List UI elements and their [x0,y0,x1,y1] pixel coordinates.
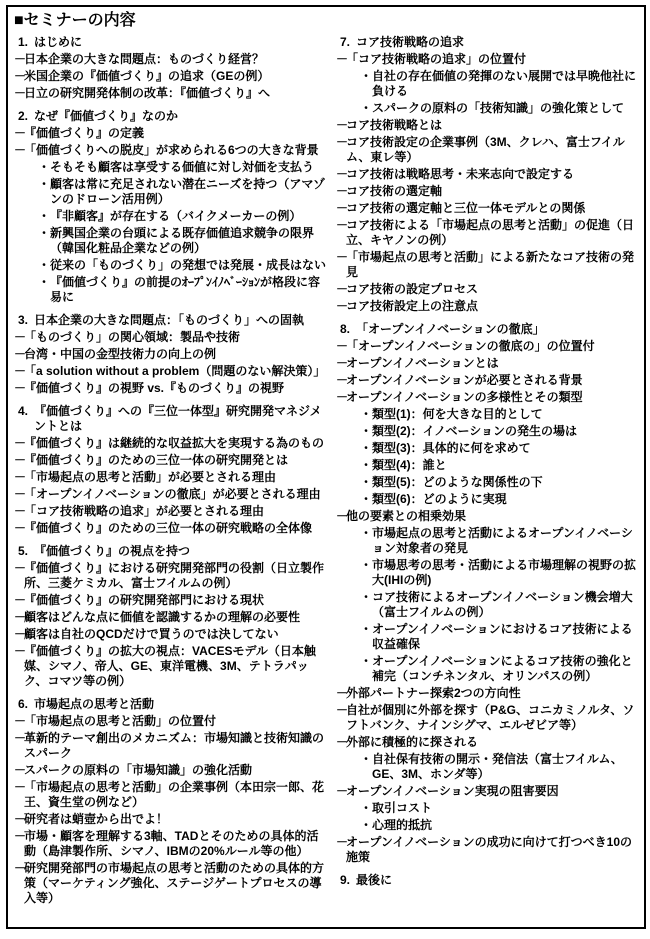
section-title: 『価値づくり』の視点を持つ [34,544,330,559]
dash-marker: － [14,780,24,810]
outline-item: ・類型(3)：具体的に何を求めて [360,441,638,456]
dash-marker: － [14,470,24,485]
outline-item: －「コア技術戦略の追求」が必要とされる理由 [14,504,330,519]
outline-item-text: 類型(4)：誰と [372,458,638,473]
bullet-marker: ・ [360,475,372,490]
outline-item: －「オープンイノベーションの徹底の」の位置付 [336,339,638,354]
dash-marker: － [14,347,24,362]
outline-item-text: 日立の研究開発体制の改革：『価値づくり』へ [24,86,330,101]
outline-item-text: 「ものづくり」の関心領域：製品や技術 [24,330,330,345]
outline-section: 7.コア技術戦略の追求－「コア技術戦略の追求」の位置付・自社の存在価値の発揮のな… [336,35,638,314]
outline-item: －自社が個別に外部を探す（P&G、コニカミノルタ、ソフトバンク、ナインシグマ、エ… [336,703,638,733]
dash-marker: － [336,218,346,248]
outline-item: ・『非顧客』が存在する（バイクメーカーの例） [38,209,330,224]
dash-marker: － [14,731,24,761]
bullet-marker: ・ [360,101,372,116]
outline-item-text: スパークの原料の「市場知識」の強化活動 [24,763,330,778]
outline-item-text: 自社の存在価値の発揮のない展開では早晩他社に負ける [372,69,638,99]
outline-item: －日立の研究開発体制の改革：『価値づくり』へ [14,86,330,101]
outline-item: －「オープンイノベーションの徹底」が必要とされる理由 [14,487,330,502]
outline-item: －『価値づくり』は継続的な収益拡大を実現する為のもの [14,436,330,451]
outline-item-text: 『価値づくり』の定義 [24,126,330,141]
outline-item: －他の要素との相乗効果 [336,509,638,524]
outline-item: ・市場起点の思考と活動によるオープンイノベーション対象者の発見 [360,526,638,556]
outline-item-text: 外部パートナー探索2つの方向性 [346,686,638,701]
outline-item: ・『価値づくり』の前提のｵｰﾌﾟﾝｲﾉﾍﾞｰｼｮﾝが格段に容易に [38,275,330,305]
outline-item-text: 取引コスト [372,801,638,816]
outline-section: 6.市場起点の思考と活動－「市場起点の思考と活動」の位置付－革新的テーマ創出のメ… [14,697,330,906]
dash-marker: － [336,686,346,701]
outline-item-text: 米国企業の『価値づくり』の追求（GEの例） [24,69,330,84]
outline-item: －『価値づくり』の研究開発部門における現状 [14,593,330,608]
outline-item: －コア技術戦略とは [336,118,638,133]
dash-marker: － [336,184,346,199]
dash-marker: － [336,703,346,733]
dash-marker: － [336,390,346,405]
outline-item-text: オープンイノベーション実現の阻害要因 [346,784,638,799]
dash-marker: － [336,356,346,371]
outline-item-text: 他の要素との相乗効果 [346,509,638,524]
bullet-marker: ・ [360,654,372,684]
outline-item: －「a solution without a problem（問題のない解決策）… [14,364,330,379]
bullet-marker: ・ [38,258,50,273]
outline-item-text: 台湾・中国の金型技術力の向上の例 [24,347,330,362]
bullet-marker: ・ [360,69,372,99]
outline-item-text: 「コア技術戦略の追求」の位置付 [346,52,638,67]
bullet-marker: ・ [360,622,372,652]
outline-item-text: 『価値づくり』のための三位一体の研究開発とは [24,453,330,468]
dash-marker: － [14,381,24,396]
section-header: 2.なぜ『価値づくり』なのか [14,109,330,124]
bullet-marker: ・ [360,458,372,473]
bullet-marker: ・ [360,526,372,556]
dash-marker: － [336,250,346,280]
outline-item: －コア技術の選定軸 [336,184,638,199]
outline-item: ・そもそも顧客は享受する価値に対し対価を支払う [38,160,330,175]
outline-item: ・類型(2)：イノベーションの発生の場は [360,424,638,439]
outline-item-text: 『非顧客』が存在する（バイクメーカーの例） [50,209,330,224]
dash-marker: － [336,373,346,388]
section-number: 5. [18,544,34,559]
outline-item: －コア技術の設定プロセス [336,282,638,297]
outline-item-text: コア技術設定の企業事例（3M、クレハ、富士フイルム、東レ等） [346,135,638,165]
section-number: 9. [340,873,356,888]
outline-item-text: 顧客は常に充足されない潜在ニーズを持つ（アマゾンのドローン活用例） [50,177,330,207]
dash-marker: － [14,52,24,67]
dash-marker: － [14,69,24,84]
bullet-marker: ・ [38,275,50,305]
outline-section: 4.『価値づくり』への『三位一体型』研究開発マネジメントとは－『価値づくり』は継… [14,404,330,536]
outline-item-text: 外部に積極的に探される [346,735,638,750]
outline-item: －コア技術設定上の注意点 [336,299,638,314]
outline-item: －オープンイノベーションの成功に向けて打つべき10の施策 [336,835,638,865]
page-border: ■セミナーの内容 1.はじめに－日本企業の大きな問題点：ものづくり経営？－米国企… [6,5,646,929]
outline-item-text: オープンイノベーションとは [346,356,638,371]
section-number: 4. [18,404,34,434]
outline-item-text: 類型(2)：イノベーションの発生の場は [372,424,638,439]
bullet-marker: ・ [360,424,372,439]
outline-item: ・コア技術によるオープンイノベーション機会増大（富士フイルムの例） [360,590,638,620]
outline-section: 5.『価値づくり』の視点を持つ－『価値づくり』における研究開発部門の役割（日立製… [14,544,330,689]
outline-item-text: オープンイノベーションにおけるコア技術による収益確保 [372,622,638,652]
outline-item: ・市場思考の思考・活動による市場理解の視野の拡大(IHIの例) [360,558,638,588]
outline-section: 3.日本企業の大きな問題点：「ものづくり」への固執－「ものづくり」の関心領域：製… [14,313,330,396]
outline-item: ・類型(1)：何を大きな目的として [360,407,638,422]
outline-item-text: 『価値づくり』の研究開発部門における現状 [24,593,330,608]
outline-item-text: 「価値づくりへの脱皮」が求められる6つの大きな背景 [24,143,330,158]
dash-marker: － [336,339,346,354]
dash-marker: － [336,201,346,216]
bullet-marker: ・ [360,558,372,588]
outline-item-text: 『価値づくり』の視野 vs.『ものづくり』の視野 [24,381,330,396]
outline-item-text: 「市場起点の思考と活動」による新たなコア技術の発見 [346,250,638,280]
section-title: コア技術戦略の追求 [356,35,638,50]
outline-item-text: 「オープンイノベーションの徹底の」の位置付 [346,339,638,354]
outline-item-text: コア技術設定上の注意点 [346,299,638,314]
outline-section: 1.はじめに－日本企業の大きな問題点：ものづくり経営？－米国企業の『価値づくり』… [14,35,330,101]
section-number: 2. [18,109,34,124]
outline-item-text: 新興国企業の台頭による既存価値追求競争の限界（韓国化粧品企業などの例） [50,226,330,256]
outline-item-text: 「オープンイノベーションの徹底」が必要とされる理由 [24,487,330,502]
bullet-marker: ・ [360,818,372,833]
outline-item-text: 「市場起点の思考と活動」の企業事例（本田宗一郎、花王、資生堂の例など） [24,780,330,810]
outline-item-text: オープンイノベーションの成功に向けて打つべき10の施策 [346,835,638,865]
outline-item-text: そもそも顧客は享受する価値に対し対価を支払う [50,160,330,175]
outline-item-text: 『価値づくり』の前提のｵｰﾌﾟﾝｲﾉﾍﾞｰｼｮﾝが格段に容易に [50,275,330,305]
section-header: 4.『価値づくり』への『三位一体型』研究開発マネジメントとは [14,404,330,434]
outline-item: －コア技術による「市場起点の思考と活動」の促進（日立、キヤノンの例） [336,218,638,248]
outline-item: ・新興国企業の台頭による既存価値追求競争の限界（韓国化粧品企業などの例） [38,226,330,256]
outline-item: ・取引コスト [360,801,638,816]
outline-item: －米国企業の『価値づくり』の追求（GEの例） [14,69,330,84]
outline-item-text: 類型(1)：何を大きな目的として [372,407,638,422]
outline-item-text: 類型(6)：どのように実現 [372,492,638,507]
dash-marker: － [14,436,24,451]
dash-marker: － [14,627,24,642]
outline-item-text: 革新的テーマ創出のメカニズム：市場知識と技術知識のスパーク [24,731,330,761]
dash-marker: － [336,52,346,67]
outline-item-text: コア技術による「市場起点の思考と活動」の促進（日立、キヤノンの例） [346,218,638,248]
outline-item: ・自社の存在価値の発揮のない展開では早晩他社に負ける [360,69,638,99]
outline-item: －顧客は自社のQCDだけで買うのでは決してない [14,627,330,642]
section-header: 3.日本企業の大きな問題点：「ものづくり」への固執 [14,313,330,328]
section-header: 6.市場起点の思考と活動 [14,697,330,712]
dash-marker: － [14,829,24,859]
outline-column-right: 7.コア技術戦略の追求－「コア技術戦略の追求」の位置付・自社の存在価値の発揮のな… [336,35,638,890]
outline-item: －「価値づくりへの脱皮」が求められる6つの大きな背景 [14,143,330,158]
outline-item-text: 「市場起点の思考と活動」の位置付 [24,714,330,729]
outline-item-text: 顧客は自社のQCDだけで買うのでは決してない [24,627,330,642]
outline-section: 2.なぜ『価値づくり』なのか－『価値づくり』の定義－「価値づくりへの脱皮」が求め… [14,109,330,305]
section-title: 『価値づくり』への『三位一体型』研究開発マネジメントとは [34,404,330,434]
outline-item: ・オープンイノベーションにおけるコア技術による収益確保 [360,622,638,652]
outline-item: －研究開発部門の市場起点の思考と活動のための具体的方策（マーケティング強化、ステ… [14,861,330,906]
outline-item: －スパークの原料の「市場知識」の強化活動 [14,763,330,778]
outline-item: －『価値づくり』のための三位一体の研究戦略の全体像 [14,521,330,536]
outline-item: －台湾・中国の金型技術力の向上の例 [14,347,330,362]
outline-section: 8.「オープンイノベーションの徹底」－「オープンイノベーションの徹底の」の位置付… [336,322,638,865]
outline-item: －『価値づくり』の視野 vs.『ものづくり』の視野 [14,381,330,396]
outline-item-text: 類型(3)：具体的に何を求めて [372,441,638,456]
outline-item: －オープンイノベーション実現の阻害要因 [336,784,638,799]
outline-item: －オープンイノベーションが必要とされる背景 [336,373,638,388]
dash-marker: － [336,299,346,314]
outline-item-text: 顧客はどんな点に価値を認識するかの理解の必要性 [24,610,330,625]
outline-item: ・オープンイノベーションによるコア技術の強化と補完（コンチネンタル、オリンパスの… [360,654,638,684]
dash-marker: － [336,118,346,133]
outline-item: －「市場起点の思考と活動」の企業事例（本田宗一郎、花王、資生堂の例など） [14,780,330,810]
dash-marker: － [14,861,24,906]
section-title: 市場起点の思考と活動 [34,697,330,712]
dash-marker: － [14,86,24,101]
outline-item-text: 従来の「ものづくり」の発想では発展・成長はない [50,258,330,273]
dash-marker: － [14,812,24,827]
bullet-marker: ・ [38,177,50,207]
dash-marker: － [336,735,346,750]
outline-item-text: 研究者は蛸壺から出でよ！ [24,812,330,827]
section-header: 8.「オープンイノベーションの徹底」 [336,322,638,337]
outline-item: ・自社保有技術の開示・発信法（富士フイルム、GE、3M、ホンダ等） [360,752,638,782]
dash-marker: － [14,126,24,141]
bullet-marker: ・ [360,590,372,620]
dash-marker: － [14,610,24,625]
dash-marker: － [336,282,346,297]
outline-item: ・顧客は常に充足されない潜在ニーズを持つ（アマゾンのドローン活用例） [38,177,330,207]
dash-marker: － [14,364,24,379]
bullet-marker: ・ [360,801,372,816]
dash-marker: － [14,593,24,608]
dash-marker: － [14,330,24,345]
outline-item-text: 『価値づくり』は継続的な収益拡大を実現する為のもの [24,436,330,451]
outline-item-text: 市場・顧客を理解する3軸、TADとそのための具体的活動（島津製作所、シマノ、IB… [24,829,330,859]
section-number: 8. [340,322,356,337]
bullet-marker: ・ [38,226,50,256]
outline-item-text: オープンイノベーションによるコア技術の強化と補完（コンチネンタル、オリンパスの例… [372,654,638,684]
outline-item: －「市場起点の思考と活動」の位置付 [14,714,330,729]
outline-item-text: コア技術の選定軸 [346,184,638,199]
outline-item: －革新的テーマ創出のメカニズム：市場知識と技術知識のスパーク [14,731,330,761]
outline-item-text: 『価値づくり』における研究開発部門の役割（日立製作所、三菱ケミカル、富士フイルム… [24,561,330,591]
outline-item-text: 日本企業の大きな問題点：ものづくり経営？ [24,52,330,67]
section-header: 7.コア技術戦略の追求 [336,35,638,50]
outline-item-text: スパークの原料の「技術知識」の強化策として [372,101,638,116]
section-title: 「オープンイノベーションの徹底」 [356,322,638,337]
outline-item-text: 市場思考の思考・活動による市場理解の視野の拡大(IHIの例) [372,558,638,588]
dash-marker: － [14,561,24,591]
outline-item: －オープンイノベーションとは [336,356,638,371]
outline-item: －「市場起点の思考と活動」が必要とされる理由 [14,470,330,485]
dash-marker: － [14,521,24,536]
section-number: 6. [18,697,34,712]
outline-item-text: 研究開発部門の市場起点の思考と活動のための具体的方策（マーケティング強化、ステー… [24,861,330,906]
section-title: はじめに [34,35,330,50]
bullet-marker: ・ [360,407,372,422]
outline-item-text: コア技術の設定プロセス [346,282,638,297]
outline-item-text: コア技術によるオープンイノベーション機会増大（富士フイルムの例） [372,590,638,620]
outline-item: －『価値づくり』のための三位一体の研究開発とは [14,453,330,468]
section-number: 7. [340,35,356,50]
outline-item-text: コア技術戦略とは [346,118,638,133]
bullet-marker: ・ [360,441,372,456]
outline-item: －日本企業の大きな問題点：ものづくり経営？ [14,52,330,67]
bullet-marker: ・ [360,492,372,507]
outline-item-text: 「市場起点の思考と活動」が必要とされる理由 [24,470,330,485]
outline-item: －『価値づくり』の定義 [14,126,330,141]
dash-marker: － [14,763,24,778]
outline-item-text: 『価値づくり』の拡大の視点：VACESモデル（日本触媒、シマノ、帝人、GE、東洋… [24,644,330,689]
dash-marker: － [14,644,24,689]
outline-item: －「市場起点の思考と活動」による新たなコア技術の発見 [336,250,638,280]
outline-item-text: 心理的抵抗 [372,818,638,833]
dash-marker: － [336,135,346,165]
dash-marker: － [14,487,24,502]
outline-item: －コア技術の選定軸と三位一体モデルとの関係 [336,201,638,216]
dash-marker: － [14,143,24,158]
outline-item-text: 自社保有技術の開示・発信法（富士フイルム、GE、3M、ホンダ等） [372,752,638,782]
dash-marker: － [336,167,346,182]
section-header: 9.最後に [336,873,638,888]
dash-marker: － [14,453,24,468]
outline-section: 9.最後に [336,873,638,888]
bullet-marker: ・ [360,752,372,782]
page-title: ■セミナーの内容 [14,11,638,31]
outline-item: ・類型(4)：誰と [360,458,638,473]
outline-item-text: 市場起点の思考と活動によるオープンイノベーション対象者の発見 [372,526,638,556]
outline-item: －コア技術は戦略思考・未来志向で設定する [336,167,638,182]
dash-marker: － [336,509,346,524]
outline-item-text: 自社が個別に外部を探す（P&G、コニカミノルタ、ソフトバンク、ナインシグマ、エル… [346,703,638,733]
outline-column-left: 1.はじめに－日本企業の大きな問題点：ものづくり経営？－米国企業の『価値づくり』… [14,35,336,908]
outline-item: －「ものづくり」の関心領域：製品や技術 [14,330,330,345]
outline-item: －「コア技術戦略の追求」の位置付 [336,52,638,67]
outline-item-text: 「コア技術戦略の追求」が必要とされる理由 [24,504,330,519]
section-title: 最後に [356,873,638,888]
outline-item: －顧客はどんな点に価値を認識するかの理解の必要性 [14,610,330,625]
outline-item: －コア技術設定の企業事例（3M、クレハ、富士フイルム、東レ等） [336,135,638,165]
section-header: 1.はじめに [14,35,330,50]
outline-item: －『価値づくり』における研究開発部門の役割（日立製作所、三菱ケミカル、富士フイル… [14,561,330,591]
outline-item-text: オープンイノベーションの多様性とその類型 [346,390,638,405]
outline-item-text: 類型(5)：どのような関係性の下 [372,475,638,490]
bullet-marker: ・ [38,160,50,175]
outline-item-text: 「a solution without a problem（問題のない解決策）」 [24,364,330,379]
section-title: 日本企業の大きな問題点：「ものづくり」への固執 [34,313,330,328]
dash-marker: － [336,835,346,865]
section-number: 3. [18,313,34,328]
outline-item: －市場・顧客を理解する3軸、TADとそのための具体的活動（島津製作所、シマノ、I… [14,829,330,859]
outline-item: ・心理的抵抗 [360,818,638,833]
section-number: 1. [18,35,34,50]
dash-marker: － [14,714,24,729]
outline-item-text: コア技術は戦略思考・未来志向で設定する [346,167,638,182]
outline-item-text: コア技術の選定軸と三位一体モデルとの関係 [346,201,638,216]
outline-item: ・類型(5)：どのような関係性の下 [360,475,638,490]
outline-item: －研究者は蛸壺から出でよ！ [14,812,330,827]
outline-item: ・スパークの原料の「技術知識」の強化策として [360,101,638,116]
outline-item: －オープンイノベーションの多様性とその類型 [336,390,638,405]
outline-columns: 1.はじめに－日本企業の大きな問題点：ものづくり経営？－米国企業の『価値づくり』… [14,35,638,908]
outline-item: －『価値づくり』の拡大の視点：VACESモデル（日本触媒、シマノ、帝人、GE、東… [14,644,330,689]
section-header: 5.『価値づくり』の視点を持つ [14,544,330,559]
dash-marker: － [336,784,346,799]
section-title: なぜ『価値づくり』なのか [34,109,330,124]
outline-item: －外部に積極的に探される [336,735,638,750]
outline-item-text: 『価値づくり』のための三位一体の研究戦略の全体像 [24,521,330,536]
outline-item: ・従来の「ものづくり」の発想では発展・成長はない [38,258,330,273]
dash-marker: － [14,504,24,519]
outline-item: ・類型(6)：どのように実現 [360,492,638,507]
outline-item: －外部パートナー探索2つの方向性 [336,686,638,701]
outline-item-text: オープンイノベーションが必要とされる背景 [346,373,638,388]
bullet-marker: ・ [38,209,50,224]
